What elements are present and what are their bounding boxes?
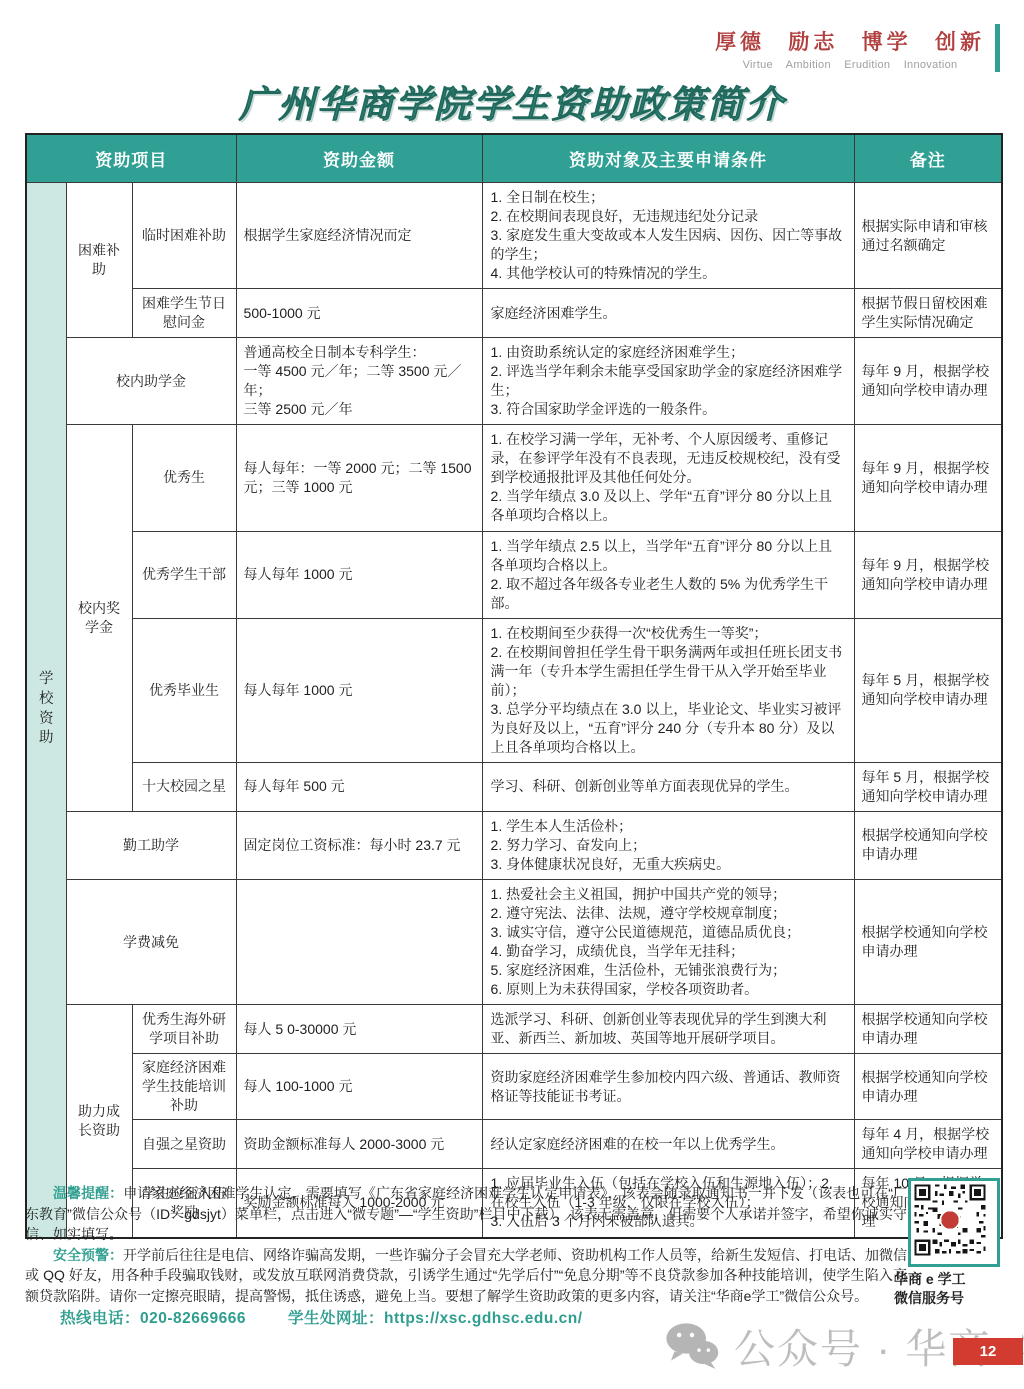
remark-cell: 根据学校通知向学校申请办理 xyxy=(854,1005,1002,1054)
remark-cell: 每年 4 月，根据学校通知向学校申请办理 xyxy=(854,1120,1002,1169)
table-row: 校内助学金 普通高校全日制本专科学生： 一等 4500 元／年；二等 3500 … xyxy=(26,338,1002,425)
item-name-cell: 优秀毕业生 xyxy=(132,618,236,762)
conditions-cell: 家庭经济困难学生。 xyxy=(482,289,854,338)
page-title: 广州华商学院学生资助政策简介 xyxy=(0,74,1024,128)
conditions-cell: 1. 由资助系统认定的家庭经济困难学生； 2. 评选当学年剩余未能享受国家助学金… xyxy=(482,338,854,425)
safety-warning-label: 安全预警： xyxy=(53,1247,123,1263)
amount-cell: 每人每年：一等 2000 元；二等 1500 元；三等 1000 元 xyxy=(236,425,482,531)
conditions-cell: 选派学习、科研、创新创业等表现优异的学生到澳大利亚、新西兰、新加坡、英国等地开展… xyxy=(482,1005,854,1054)
item-name-cell: 十大校园之星 xyxy=(132,762,236,811)
remark-cell: 每年 5 月，根据学校通知向学校申请办理 xyxy=(854,762,1002,811)
group-cell: 困难补助 xyxy=(66,183,132,338)
footer-notes: 温馨提醒：申请家庭经济困难学生认定，需要填写《广东省家庭经济困难学生认定申请表》… xyxy=(25,1183,907,1306)
school-motto: 厚德 励志 博学 创新 Virtue Ambition Erudition In… xyxy=(715,24,1000,72)
header-amount: 资助金额 xyxy=(236,134,482,183)
remark-cell: 根据学校通知向学校申请办理 xyxy=(854,811,1002,879)
item-name-cell: 校内助学金 xyxy=(66,338,236,425)
item-name-cell: 家庭经济困难学生技能培训补助 xyxy=(132,1054,236,1120)
remark-cell: 每年 9 月，根据学校通知向学校申请办理 xyxy=(854,425,1002,531)
wechat-icon xyxy=(664,1322,720,1369)
safety-warning-paragraph: 安全预警：开学前后往往是电信、网络诈骗高发期，一些诈骗分子会冒充大学老师、资助机… xyxy=(25,1245,907,1307)
table-row: 优秀毕业生 每人每年 1000 元 1. 在校期间至少获得一次“校优秀生一等奖”… xyxy=(26,618,1002,762)
category-cell: 学校资助 xyxy=(26,183,66,1238)
amount-cell xyxy=(236,880,482,1005)
amount-cell: 固定岗位工资标准：每小时 23.7 元 xyxy=(236,811,482,879)
warm-reminder-label: 温馨提醒： xyxy=(53,1185,123,1201)
qr-code-image xyxy=(912,1182,988,1258)
table-row: 勤工助学 固定岗位工资标准：每小时 23.7 元 1. 学生本人生活俭朴； 2.… xyxy=(26,811,1002,879)
table-row: 困难学生节日慰问金 500-1000 元 家庭经济困难学生。 根据节假日留校困难… xyxy=(26,289,1002,338)
item-name-cell: 勤工助学 xyxy=(66,811,236,879)
hotline-label: 热线电话： xyxy=(60,1310,140,1327)
page-number-badge: 12 xyxy=(953,1338,1023,1365)
website-label: 学生处网址： xyxy=(288,1310,384,1327)
amount-cell: 资助金额标准每人 2000-3000 元 xyxy=(236,1120,482,1169)
group-cell: 校内奖学金 xyxy=(66,425,132,812)
item-name-cell: 自强之星资助 xyxy=(132,1120,236,1169)
remark-cell: 根据节假日留校困难学生实际情况确定 xyxy=(854,289,1002,338)
motto-english: Virtue Ambition Erudition Innovation xyxy=(715,59,985,71)
item-name-cell: 优秀生海外研学项目补助 xyxy=(132,1005,236,1054)
item-name-cell: 优秀生 xyxy=(132,425,236,531)
amount-cell: 每人每年 1000 元 xyxy=(236,531,482,618)
amount-cell: 每人每年 500 元 xyxy=(236,762,482,811)
safety-warning-text: 开学前后往往是电信、网络诈骗高发期，一些诈骗分子会冒充大学老师、资助机构工作人员… xyxy=(25,1247,907,1304)
warm-reminder-text: 申请家庭经济困难学生认定，需要填写《广东省家庭经济困难学生认定申请表》，该表会随… xyxy=(25,1185,907,1242)
conditions-cell: 1. 当学年绩点 2.5 以上，当学年“五育”评分 80 分以上且各单项均合格以… xyxy=(482,531,854,618)
qr-code xyxy=(908,1178,1000,1267)
amount-cell: 每人 5 0-30000 元 xyxy=(236,1005,482,1054)
item-name-cell: 困难学生节日慰问金 xyxy=(132,289,236,338)
amount-cell: 每人 100-1000 元 xyxy=(236,1054,482,1120)
aid-policy-table: 资助项目 资助金额 资助对象及主要申请条件 备注 学校资助 困难补助 临时困难补… xyxy=(25,133,1003,1239)
header-project: 资助项目 xyxy=(26,134,236,183)
conditions-cell: 1. 全日制在校生； 2. 在校期间表现良好，无违规违纪处分记录 3. 家庭发生… xyxy=(482,183,854,289)
conditions-cell: 1. 学生本人生活俭朴； 2. 努力学习、奋发向上； 3. 身体健康状况良好，无… xyxy=(482,811,854,879)
qr-caption: 华商 e 学工 微信服务号 xyxy=(894,1270,994,1308)
motto-chinese: 厚德 励志 博学 创新 xyxy=(715,26,985,56)
conditions-cell: 1. 热爱社会主义祖国，拥护中国共产党的领导； 2. 遵守宪法、法律、法规，遵守… xyxy=(482,880,854,1005)
item-name-cell: 优秀学生干部 xyxy=(132,531,236,618)
remark-cell: 根据实际申请和审核通过名额确定 xyxy=(854,183,1002,289)
hotline-number: 020-82669666 xyxy=(140,1310,246,1327)
remark-cell: 每年 5 月，根据学校通知向学校申请办理 xyxy=(854,618,1002,762)
conditions-cell: 1. 在校学习满一学年，无补考、个人原因缓考、重修记录，在参评学年没有不良表现，… xyxy=(482,425,854,531)
conditions-cell: 学习、科研、创新创业等单方面表现优异的学生。 xyxy=(482,762,854,811)
warm-reminder-paragraph: 温馨提醒：申请家庭经济困难学生认定，需要填写《广东省家庭经济困难学生认定申请表》… xyxy=(25,1183,907,1245)
remark-cell: 根据学校通知向学校申请办理 xyxy=(854,1054,1002,1120)
table-row: 学费减免 1. 热爱社会主义祖国，拥护中国共产党的领导； 2. 遵守宪法、法律、… xyxy=(26,880,1002,1005)
remark-cell: 每年 9 月，根据学校通知向学校申请办理 xyxy=(854,531,1002,618)
table-row: 校内奖学金 优秀生 每人每年：一等 2000 元；二等 1500 元；三等 10… xyxy=(26,425,1002,531)
amount-cell: 每人每年 1000 元 xyxy=(236,618,482,762)
remark-cell: 每年 9 月，根据学校通知向学校申请办理 xyxy=(854,338,1002,425)
table-row: 家庭经济困难学生技能培训补助 每人 100-1000 元 资助家庭经济困难学生参… xyxy=(26,1054,1002,1120)
table-header-row: 资助项目 资助金额 资助对象及主要申请条件 备注 xyxy=(26,134,1002,183)
conditions-cell: 资助家庭经济困难学生参加校内四六级、普通话、教师资格证等技能证书考证。 xyxy=(482,1054,854,1120)
amount-cell: 根据学生家庭经济情况而定 xyxy=(236,183,482,289)
item-name-cell: 临时困难补助 xyxy=(132,183,236,289)
table-row: 学校资助 困难补助 临时困难补助 根据学生家庭经济情况而定 1. 全日制在校生；… xyxy=(26,183,1002,289)
header-conditions: 资助对象及主要申请条件 xyxy=(482,134,854,183)
table-row: 优秀学生干部 每人每年 1000 元 1. 当学年绩点 2.5 以上，当学年“五… xyxy=(26,531,1002,618)
website-url: https://xsc.gdhsc.edu.cn/ xyxy=(384,1310,583,1327)
table-row: 助力成长资助 优秀生海外研学项目补助 每人 5 0-30000 元 选派学习、科… xyxy=(26,1005,1002,1054)
motto-divider-bar xyxy=(995,24,1000,72)
table-row: 十大校园之星 每人每年 500 元 学习、科研、创新创业等单方面表现优异的学生。… xyxy=(26,762,1002,811)
header-remark: 备注 xyxy=(854,134,1002,183)
item-name-cell: 学费减免 xyxy=(66,880,236,1005)
hotline-line: 热线电话：020-82669666学生处网址：https://xsc.gdhsc… xyxy=(60,1306,583,1328)
conditions-cell: 经认定家庭经济困难的在校一年以上优秀学生。 xyxy=(482,1120,854,1169)
conditions-cell: 1. 在校期间至少获得一次“校优秀生一等奖”； 2. 在校期间曾担任学生骨干职务… xyxy=(482,618,854,762)
table-row: 自强之星资助 资助金额标准每人 2000-3000 元 经认定家庭经济困难的在校… xyxy=(26,1120,1002,1169)
amount-cell: 普通高校全日制本专科学生： 一等 4500 元／年；二等 3500 元／年； 三… xyxy=(236,338,482,425)
remark-cell: 根据学校通知向学校申请办理 xyxy=(854,880,1002,1005)
document-page: 厚德 励志 博学 创新 Virtue Ambition Erudition In… xyxy=(0,0,1024,1389)
amount-cell: 500-1000 元 xyxy=(236,289,482,338)
